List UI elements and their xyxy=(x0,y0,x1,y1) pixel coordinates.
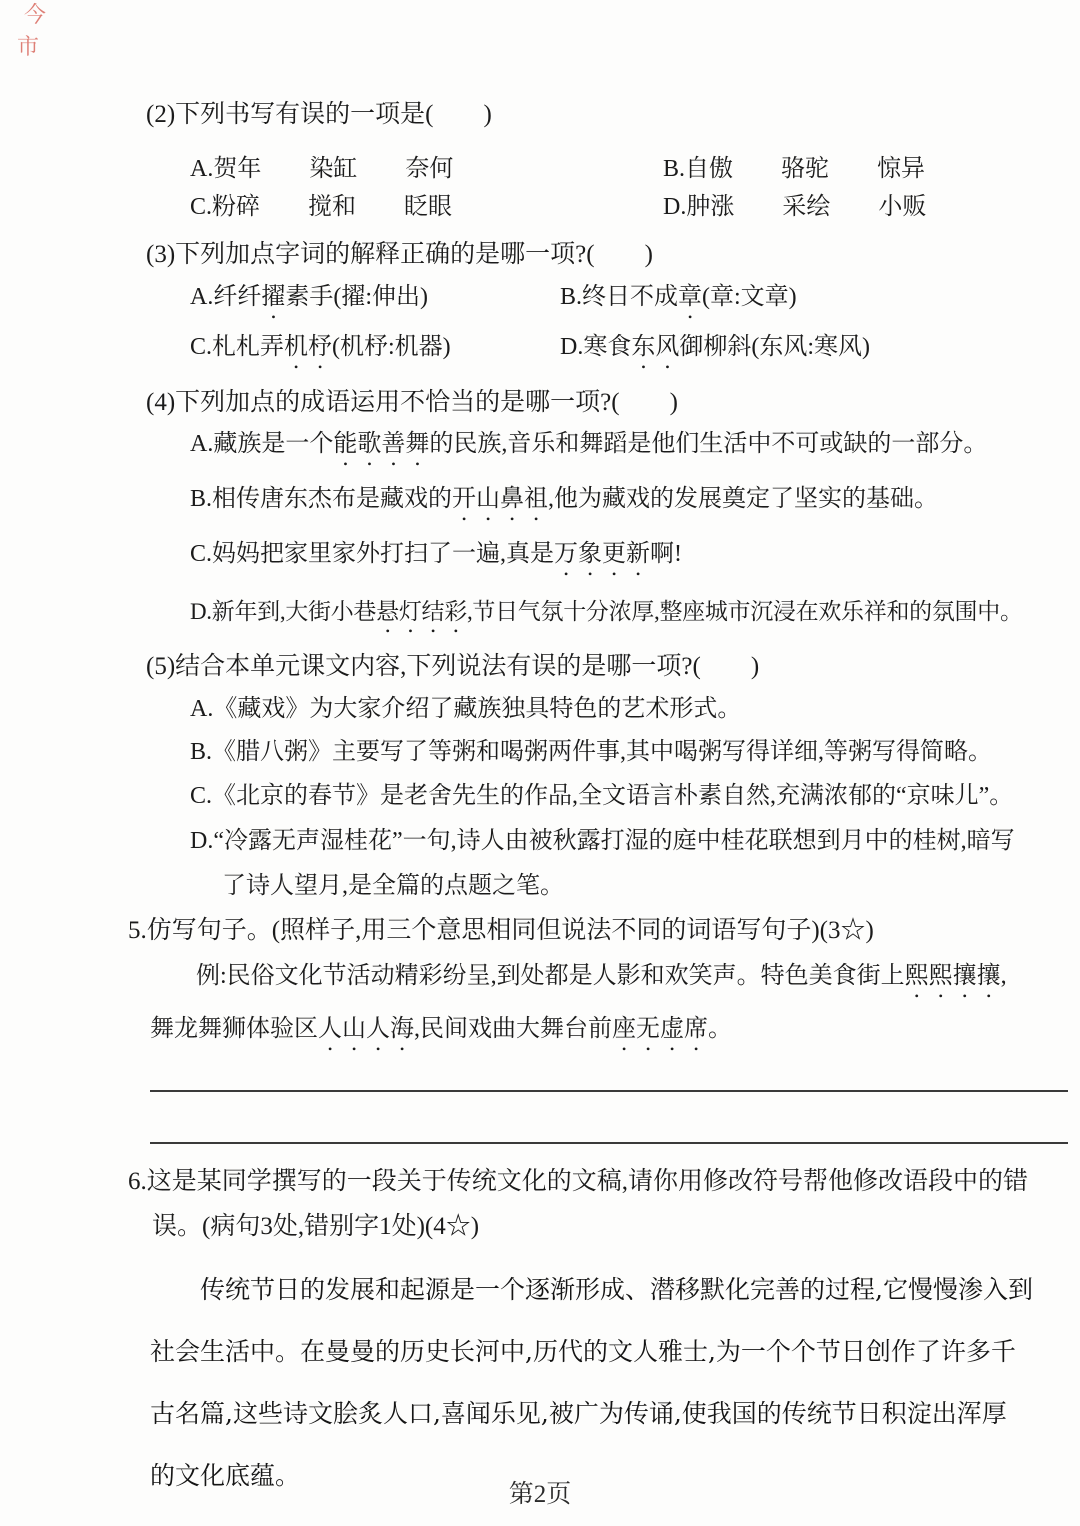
exam-content: (2)下列书写有误的一项是( ) A.贺年 染缸 奈何 B.自傲 骆驼 惊异 C… xyxy=(0,0,1080,1493)
q5sub-option-d-line1: D.“冷露无声湿桂花”一句,诗人由被秋露打湿的庭中桂花联想到月中的桂树,暗写 xyxy=(190,825,1080,858)
red-pen-mark: 市 xyxy=(17,36,39,58)
q4-stem: (4)下列加点的成语运用不恰当的是哪一项?( ) xyxy=(146,386,1080,419)
q5-stem: 5.仿写句子。(照样子,用三个意思相同但说法不同的词语写句子)(3☆) xyxy=(128,914,1080,947)
q4-option-c: C.妈妈把家里家外打扫了一遍,真是万象更新啊! xyxy=(190,538,1080,581)
answer-blank-line-2 xyxy=(150,1142,1068,1144)
q2-options-row1: A.贺年 染缸 奈何 B.自傲 骆驼 惊异 xyxy=(190,153,1080,186)
q3-stem: (3)下列加点字词的解释正确的是哪一项?( ) xyxy=(146,238,1080,271)
q2-option-a: A.贺年 染缸 奈何 xyxy=(190,153,663,186)
q5sub-option-c: C.《北京的春节》是老舍先生的作品,全文语言朴素自然,充满浓郁的“京味儿”。 xyxy=(190,780,1080,813)
q5sub-option-b: B.《腊八粥》主要写了等粥和喝粥两件事,其中喝粥写得详细,等粥写得简略。 xyxy=(190,736,1080,769)
q5sub-option-d-line2: 了诗人望月,是全篇的点题之笔。 xyxy=(222,870,1080,903)
q3-options-row1: A.纤纤擢素手(擢:伸出) B.终日不成章(章:文章) xyxy=(190,281,1080,324)
q2-stem: (2)下列书写有误的一项是( ) xyxy=(146,98,1080,131)
q4-option-b: B.相传唐东杰布是藏戏的开山鼻祖,他为藏戏的发展奠定了坚实的基础。 xyxy=(190,483,1080,526)
q3-option-b: B.终日不成章(章:文章) xyxy=(560,281,797,324)
q6-passage-line1: 传统节日的发展和起源是一个逐渐形成、潜移默化完善的过程,它慢慢渗入到 xyxy=(200,1273,1080,1307)
q4-option-d: D.新年到,大街小巷悬灯结彩,节日气氛十分浓厚,整座城市沉浸在欢乐祥和的氛围中。 xyxy=(190,595,1080,638)
q2-option-d: D.肿涨 采绘 小贩 xyxy=(663,191,926,224)
answer-blank-line-1 xyxy=(150,1090,1068,1092)
q3-option-c: C.札札弄机杼(机杼:机器) xyxy=(190,331,560,374)
q6-passage-line3: 古名篇,这些诗文脍炙人口,喜闻乐见,被广为传诵,使我国的传统节日积淀出浑厚 xyxy=(150,1397,1080,1431)
exam-page-scan: 今 市 (2)下列书写有误的一项是( ) A.贺年 染缸 奈何 B.自傲 骆驼 … xyxy=(0,0,1080,1526)
q5sub-option-a: A.《藏戏》为大家介绍了藏族独具特色的艺术形式。 xyxy=(190,693,1080,726)
q2-option-c: C.粉碎 搅和 眨眼 xyxy=(190,191,663,224)
q2-option-b: B.自傲 骆驼 惊异 xyxy=(663,153,925,186)
q6-stem-line1: 6.这是某同学撰写的一段关于传统文化的文稿,请你用修改符号帮他修改语段中的错 xyxy=(128,1165,1080,1198)
q2-options-row2: C.粉碎 搅和 眨眼 D.肿涨 采绘 小贩 xyxy=(190,191,1080,224)
q3-options-row2: C.札札弄机杼(机杼:机器) D.寒食东风御柳斜(东风:寒风) xyxy=(190,331,1080,374)
q4-option-a: A.藏族是一个能歌善舞的民族,音乐和舞蹈是他们生活中不可或缺的一部分。 xyxy=(190,428,1080,471)
red-pen-mark: 今 xyxy=(24,4,46,26)
q5-example-line2: 舞龙舞狮体验区人山人海,民间戏曲大舞台前座无虚席。 xyxy=(150,1013,1080,1056)
q5sub-stem: (5)结合本单元课文内容,下列说法有误的是哪一项?( ) xyxy=(146,650,1080,683)
q3-option-d: D.寒食东风御柳斜(东风:寒风) xyxy=(560,331,870,374)
q5-example-line1: 例:民俗文化节活动精彩纷呈,到处都是人影和欢笑声。特色美食街上熙熙攘攘, xyxy=(196,960,1080,1003)
q6-stem-line2: 误。(病句3处,错别字1处)(4☆) xyxy=(152,1210,1080,1243)
page-number: 第2页 xyxy=(0,1474,1080,1510)
q3-option-a: A.纤纤擢素手(擢:伸出) xyxy=(190,281,560,324)
q6-passage-line2: 社会生活中。在曼曼的历史长河中,历代的文人雅士,为一个个节日创作了许多千 xyxy=(150,1335,1080,1369)
